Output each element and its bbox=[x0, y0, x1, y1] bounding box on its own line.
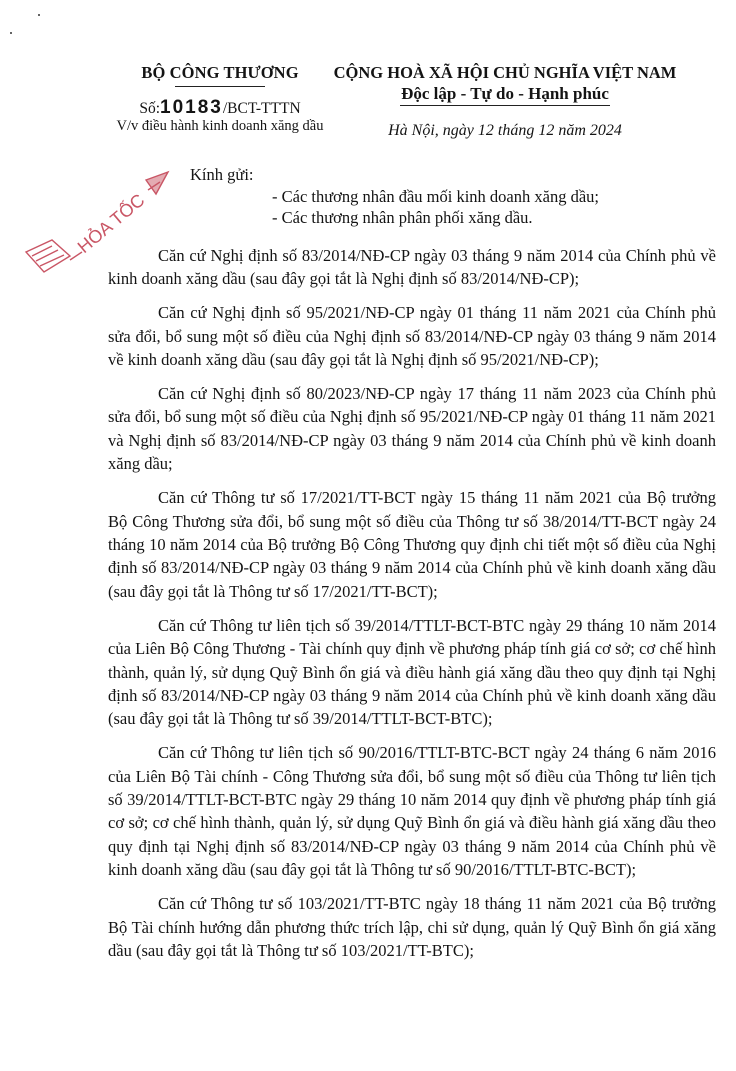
recipient-item: - Các thương nhân đầu mối kinh doanh xăn… bbox=[272, 186, 599, 207]
doc-number-prefix: Số: bbox=[139, 100, 160, 117]
national-motto: Độc lập - Tự do - Hạnh phúc bbox=[330, 84, 680, 104]
document-number: Số:10183/BCT-TTTN bbox=[110, 99, 330, 118]
national-header: CỘNG HOÀ XÃ HỘI CHỦ NGHĨA VIỆT NAM Độc l… bbox=[330, 62, 680, 140]
legal-basis-paragraph: Căn cứ Thông tư liên tịch số 90/2016/TTL… bbox=[108, 741, 716, 881]
legal-basis-paragraph: Căn cứ Nghị định số 83/2014/NĐ-CP ngày 0… bbox=[108, 244, 716, 291]
document-body: Căn cứ Nghị định số 83/2014/NĐ-CP ngày 0… bbox=[108, 244, 716, 973]
motto-underline bbox=[400, 105, 610, 106]
legal-basis-paragraph: Căn cứ Thông tư số 17/2021/TT-BCT ngày 1… bbox=[108, 486, 716, 603]
place-date: Hà Nội, ngày 12 tháng 12 năm 2024 bbox=[330, 122, 680, 140]
legal-basis-paragraph: Căn cứ Thông tư liên tịch số 39/2014/TTL… bbox=[108, 614, 716, 731]
doc-number-suffix: /BCT-TTTN bbox=[223, 100, 301, 117]
agency-underline bbox=[175, 86, 265, 87]
agency-name: BỘ CÔNG THƯƠNG bbox=[110, 62, 330, 84]
scan-speck bbox=[10, 32, 12, 34]
legal-basis-paragraph: Căn cứ Nghị định số 80/2023/NĐ-CP ngày 1… bbox=[108, 382, 716, 476]
recipient-item: - Các thương nhân phân phối xăng dầu. bbox=[272, 207, 599, 228]
address-label: Kính gửi: bbox=[190, 165, 254, 185]
recipient-list: - Các thương nhân đầu mối kinh doanh xăn… bbox=[272, 186, 599, 228]
document-subject: V/v điều hành kinh doanh xăng dầu bbox=[110, 118, 330, 135]
scan-speck bbox=[38, 14, 40, 16]
issuer-block: BỘ CÔNG THƯƠNG Số:10183/BCT-TTTN V/v điề… bbox=[110, 62, 330, 135]
doc-number-value: 10183 bbox=[160, 97, 223, 118]
legal-basis-paragraph: Căn cứ Thông tư số 103/2021/TT-BTC ngày … bbox=[108, 892, 716, 962]
nation-title: CỘNG HOÀ XÃ HỘI CHỦ NGHĨA VIỆT NAM bbox=[330, 62, 680, 84]
legal-basis-paragraph: Căn cứ Nghị định số 95/2021/NĐ-CP ngày 0… bbox=[108, 301, 716, 371]
